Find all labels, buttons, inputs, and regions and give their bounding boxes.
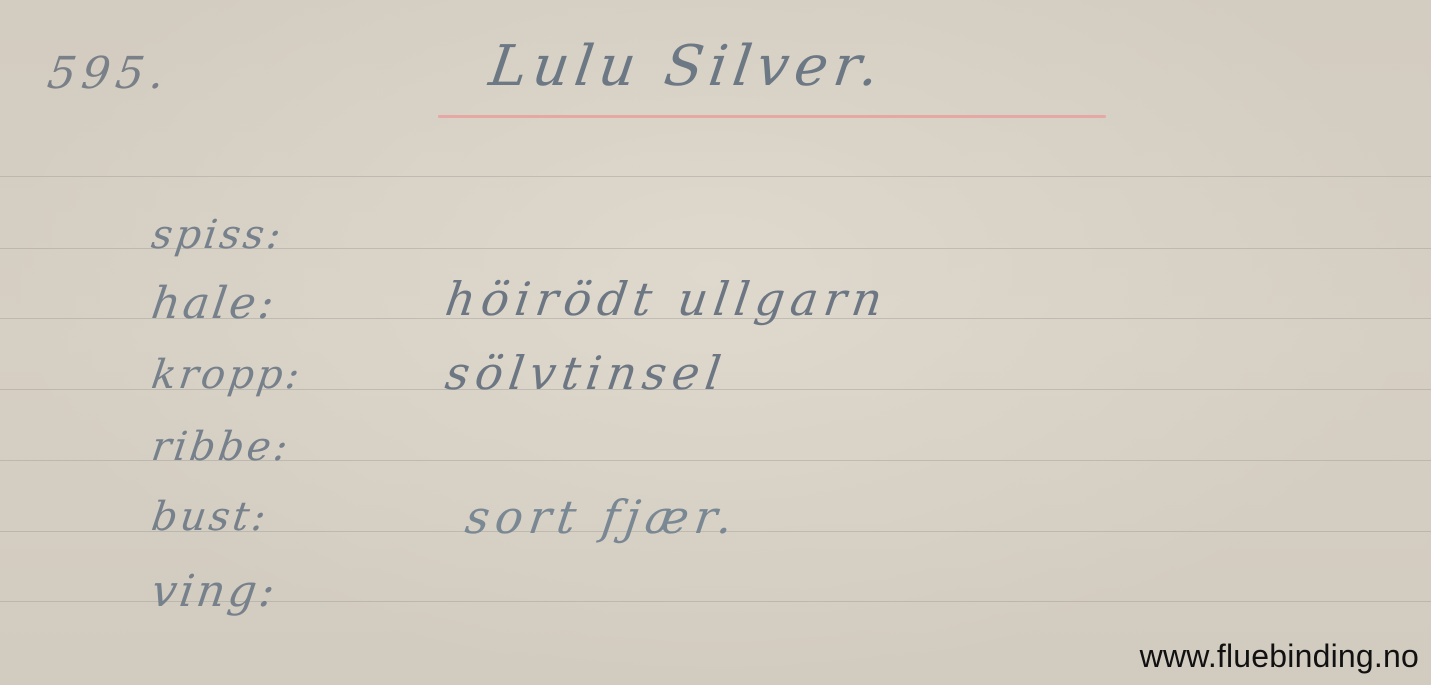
field-label-hale: hale: — [148, 278, 280, 329]
title-underline — [438, 115, 1106, 118]
fly-pattern-title: Lulu Silver. — [485, 34, 889, 99]
field-label-kropp: kropp: — [149, 352, 306, 398]
ruled-line — [0, 176, 1431, 177]
field-value-bust: sort fjær. — [462, 490, 742, 544]
field-label-ving: ving: — [148, 566, 280, 617]
field-label-bust: bust: — [149, 494, 272, 540]
entry-number: 595. — [44, 48, 173, 99]
website-watermark: www.fluebinding.no — [1140, 638, 1419, 675]
field-label-spiss: spiss: — [149, 212, 287, 258]
field-value-hale: höirödt ullgarn — [442, 272, 891, 326]
field-value-kropp: sölvtinsel — [442, 346, 730, 400]
field-label-ribbe: ribbe: — [149, 424, 294, 470]
notebook-page: 595. Lulu Silver. spiss: hale: höirödt u… — [0, 0, 1431, 685]
